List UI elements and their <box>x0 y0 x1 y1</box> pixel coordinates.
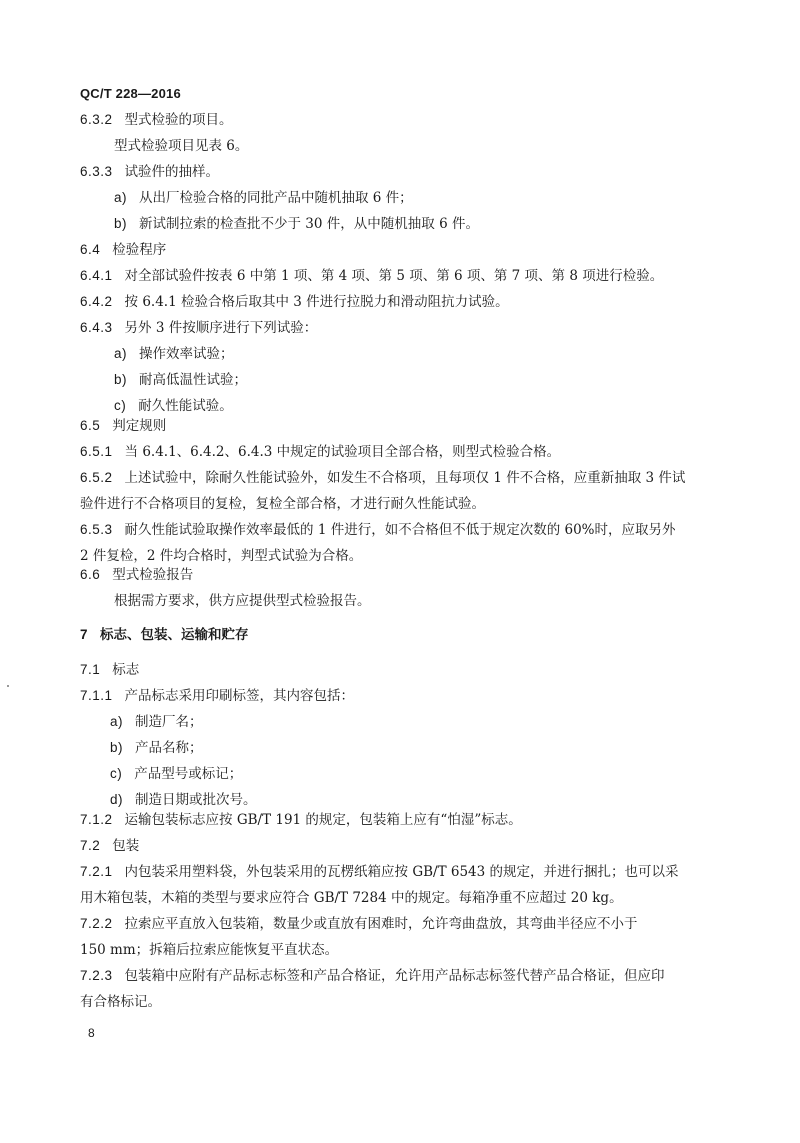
clause-text: 当 6.4.1、6.4.2、6.4.3 中规定的试验项目全部合格，则型式检验合格… <box>125 444 561 460</box>
clause-line: 6.3.3试验件的抽样。 <box>80 163 219 181</box>
clause-line: a)制造厂名； <box>110 713 203 731</box>
text-line: 150 mm；拆箱后拉索应能恢复平直状态。 <box>80 941 338 959</box>
clause-line: 6.3.2型式检验的项目。 <box>80 111 233 129</box>
text-line: 验件进行不合格项目的复检，复检全部合格，才进行耐久性能试验。 <box>80 495 485 513</box>
clause-number: 6.4 <box>80 242 100 257</box>
clause-line: 7.2.2拉索应平直放入包装箱，数量少或直放有困难时，允许弯曲盘放，其弯曲半径应… <box>80 915 638 933</box>
clause-text: 型式检验项目见表 6。 <box>114 138 248 154</box>
clause-line: b)耐高低温性试验； <box>114 371 247 389</box>
clause-line: b)产品名称； <box>110 739 203 757</box>
clause-line: 7.2.3包装箱中应附有产品标志标签和产品合格证，允许用产品标志标签代替产品合格… <box>80 967 665 985</box>
clause-number: b) <box>114 216 127 231</box>
standard-number-header: QC/T 228—2016 <box>80 86 181 101</box>
clause-number: b) <box>110 740 123 755</box>
clause-number: 6.5.2 <box>80 470 113 485</box>
clause-number: 6.5 <box>80 418 100 433</box>
clause-text: 判定规则 <box>112 418 166 434</box>
clause-number: 6.5.3 <box>80 522 113 537</box>
clause-text: 耐高低温性试验； <box>139 372 247 388</box>
clause-text: 包装箱中应附有产品标志标签和产品合格证，允许用产品标志标签代替产品合格证，但应印 <box>125 968 665 984</box>
scan-artifact <box>7 685 9 687</box>
clause-line: 7.2包装 <box>80 837 139 855</box>
clause-number: 7.1 <box>80 662 100 677</box>
clause-text: 根据需方要求，供方应提供型式检验报告。 <box>114 593 371 609</box>
clause-text: 内包装采用塑料袋，外包装采用的瓦楞纸箱应按 GB/T 6543 的规定，并进行捆… <box>125 864 679 880</box>
clause-line: d)制造日期或批次号。 <box>110 791 257 809</box>
clause-text: 型式检验的项目。 <box>125 112 233 128</box>
clause-line: 7.1标志 <box>80 661 139 679</box>
clause-text: 耐久性能试验。 <box>138 398 233 414</box>
clause-line: c)产品型号或标记； <box>110 765 242 783</box>
clause-text: 验件进行不合格项目的复检，复检全部合格，才进行耐久性能试验。 <box>80 496 485 512</box>
clause-line: 7.1.1产品标志采用印刷标签，其内容包括： <box>80 687 354 705</box>
clause-number: 6.3.3 <box>80 164 113 179</box>
clause-text: 从出厂检验合格的同批产品中随机抽取 6 件； <box>139 190 413 206</box>
clause-number: c) <box>110 766 122 781</box>
clause-line: 6.5.3耐久性能试验取操作效率最低的 1 件进行，如不合格但不低于规定次数的 … <box>80 521 676 539</box>
clause-text: 操作效率试验； <box>139 346 234 362</box>
clause-line: c)耐久性能试验。 <box>114 397 233 415</box>
document-page: QC/T 228—2016 6.3.2型式检验的项目。型式检验项目见表 6。6.… <box>0 0 800 1143</box>
clause-number: 6.4.1 <box>80 268 113 283</box>
text-line: 型式检验项目见表 6。 <box>114 137 248 155</box>
clause-text: 标志、包装、运输和贮存 <box>100 627 249 643</box>
clause-number: 7.2.2 <box>80 916 113 931</box>
clause-line: 6.5.2上述试验中，除耐久性能试验外，如发生不合格项，且每项仅 1 件不合格，… <box>80 469 685 487</box>
clause-text: 另外 3 件按顺序进行下列试验： <box>125 320 318 336</box>
clause-text: 制造厂名； <box>135 714 203 730</box>
clause-text: 新试制拉索的检查批不少于 30 件，从中随机抽取 6 件。 <box>139 216 479 232</box>
clause-line: b)新试制拉索的检查批不少于 30 件，从中随机抽取 6 件。 <box>114 215 479 233</box>
clause-text: 包装 <box>112 838 139 854</box>
text-line: 用木箱包装，木箱的类型与要求应符合 GB/T 7284 中的规定。每箱净重不应超… <box>80 889 623 907</box>
clause-text: 产品标志采用印刷标签，其内容包括： <box>125 688 355 704</box>
clause-text: 产品型号或标记； <box>134 766 242 782</box>
clause-number: 6.3.2 <box>80 112 113 127</box>
clause-line: 6.4检验程序 <box>80 241 166 259</box>
text-line: 根据需方要求，供方应提供型式检验报告。 <box>114 592 371 610</box>
clause-line: 6.4.1对全部试验件按表 6 中第 1 项、第 4 项、第 5 项、第 6 项… <box>80 267 663 285</box>
clause-line: 6.6型式检验报告 <box>80 566 193 584</box>
clause-number: a) <box>114 346 127 361</box>
clause-line: a)从出厂检验合格的同批产品中随机抽取 6 件； <box>114 189 413 207</box>
clause-number: 6.4.3 <box>80 320 113 335</box>
page-number: 8 <box>88 1026 95 1040</box>
text-line: 有合格标记。 <box>80 993 161 1011</box>
clause-text: 有合格标记。 <box>80 994 161 1010</box>
clause-line: 6.5.1当 6.4.1、6.4.2、6.4.3 中规定的试验项目全部合格，则型… <box>80 443 560 461</box>
clause-text: 上述试验中，除耐久性能试验外，如发生不合格项，且每项仅 1 件不合格，应重新抽取… <box>125 470 686 486</box>
clause-number: 7 <box>80 627 88 642</box>
clause-line: 7.2.1内包装采用塑料袋，外包装采用的瓦楞纸箱应按 GB/T 6543 的规定… <box>80 863 679 881</box>
clause-number: 7.1.1 <box>80 688 113 703</box>
clause-text: 标志 <box>112 662 139 678</box>
clause-text: 150 mm；拆箱后拉索应能恢复平直状态。 <box>80 942 338 958</box>
clause-text: 试验件的抽样。 <box>125 164 220 180</box>
clause-text: 型式检验报告 <box>112 567 193 583</box>
clause-text: 产品名称； <box>135 740 203 756</box>
clause-text: 拉索应平直放入包装箱，数量少或直放有困难时，允许弯曲盘放，其弯曲半径应不小于 <box>125 916 638 932</box>
clause-line: 7标志、包装、运输和贮存 <box>80 626 249 644</box>
clause-number: c) <box>114 398 126 413</box>
clause-number: 7.2.3 <box>80 968 113 983</box>
clause-line: 6.4.2按 6.4.1 检验合格后取其中 3 件进行拉脱力和滑动阻抗力试验。 <box>80 293 509 311</box>
clause-number: a) <box>114 190 127 205</box>
clause-number: b) <box>114 372 127 387</box>
clause-text: 对全部试验件按表 6 中第 1 项、第 4 项、第 5 项、第 6 项、第 7 … <box>125 268 664 284</box>
clause-text: 2 件复检，2 件均合格时，判型式试验为合格。 <box>80 548 362 564</box>
text-line: 2 件复检，2 件均合格时，判型式试验为合格。 <box>80 547 362 565</box>
clause-text: 运输包装标志应按 GB/T 191 的规定，包装箱上应有“怕湿”标志。 <box>125 812 522 828</box>
clause-line: 6.5判定规则 <box>80 417 166 435</box>
clause-line: 6.4.3另外 3 件按顺序进行下列试验： <box>80 319 317 337</box>
clause-line: 7.1.2运输包装标志应按 GB/T 191 的规定，包装箱上应有“怕湿”标志。 <box>80 811 522 829</box>
clause-text: 耐久性能试验取操作效率最低的 1 件进行，如不合格但不低于规定次数的 60%时，… <box>125 522 676 538</box>
clause-number: d) <box>110 792 123 807</box>
clause-number: a) <box>110 714 123 729</box>
clause-number: 6.4.2 <box>80 294 113 309</box>
clause-text: 按 6.4.1 检验合格后取其中 3 件进行拉脱力和滑动阻抗力试验。 <box>125 294 509 310</box>
clause-number: 6.5.1 <box>80 444 113 459</box>
clause-number: 7.1.2 <box>80 812 113 827</box>
clause-text: 检验程序 <box>112 242 166 258</box>
clause-number: 7.2.1 <box>80 864 113 879</box>
clause-number: 6.6 <box>80 567 100 582</box>
clause-text: 用木箱包装，木箱的类型与要求应符合 GB/T 7284 中的规定。每箱净重不应超… <box>80 890 623 906</box>
clause-number: 7.2 <box>80 838 100 853</box>
clause-line: a)操作效率试验； <box>114 345 234 363</box>
clause-text: 制造日期或批次号。 <box>135 792 257 808</box>
